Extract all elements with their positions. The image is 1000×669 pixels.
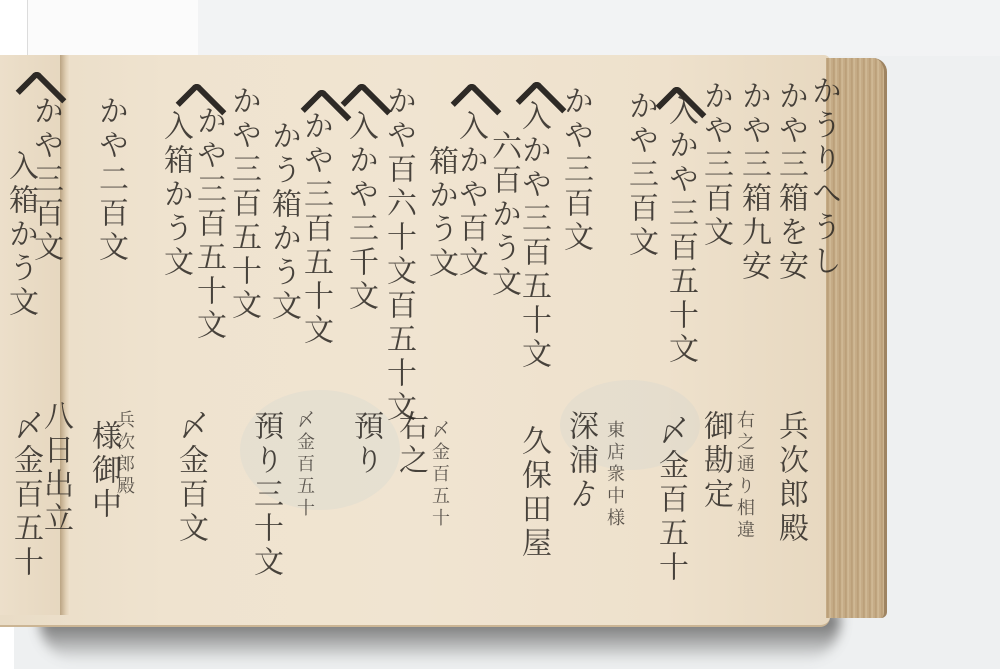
handwritten-column: かや三百文 xyxy=(625,90,655,260)
handwritten-column: 深浦ゟ xyxy=(565,410,595,512)
handwritten-column: 〆金百五十 xyxy=(10,410,40,580)
handwritten-column: 〆金百五十 xyxy=(655,415,685,585)
handwritten-column: かや百六十文百五十文 xyxy=(383,85,413,425)
white-strip-bottom-left xyxy=(0,620,14,669)
handwritten-column: かや三百文 xyxy=(700,80,730,250)
handwritten-column: かや三百五十文 xyxy=(193,105,223,343)
handwritten-column: 入箱かう文 xyxy=(160,110,190,280)
handwritten-column: かや三箱九安 xyxy=(738,80,768,284)
handwritten-column: 入かや三百五十文 xyxy=(518,100,548,372)
handwritten-column: かや三箱を安 xyxy=(775,80,805,284)
white-card-mid xyxy=(28,0,198,56)
handwritten-column: かや三百五十文 xyxy=(228,85,258,323)
handwritten-column: かう箱かう文 xyxy=(268,120,298,324)
handwritten-column: 様御中 xyxy=(88,420,118,522)
handwritten-column: 〆金百五十 xyxy=(430,420,448,530)
handwritten-column: 預り三十文 xyxy=(250,410,280,580)
handwritten-column: 東店衆中様 xyxy=(605,420,623,530)
handwritten-column: 入かや百文 xyxy=(455,110,485,280)
handwritten-column: 〆金百五十 xyxy=(295,410,313,520)
handwritten-column: 六百かう文 xyxy=(488,130,518,300)
handwritten-column: 入箱かう文 xyxy=(5,150,35,320)
handwritten-column: 箱かう文 xyxy=(425,145,455,281)
handwritten-column: 八日出立 xyxy=(40,400,70,536)
handwritten-column: 〆金百文 xyxy=(175,410,205,546)
handwritten-column: 久保田屋 xyxy=(518,425,548,561)
handwritten-column: 御勘定 xyxy=(700,410,730,512)
white-card-left xyxy=(0,0,28,56)
handwritten-column: かうりへうし xyxy=(808,75,838,279)
handwritten-column: 預り xyxy=(350,410,380,478)
handwritten-column: かや二百文 xyxy=(95,95,125,265)
handwritten-column: 右之 xyxy=(395,410,425,478)
handwritten-column: 入かや三千文 xyxy=(345,110,375,314)
handwritten-column: かや三百五十文 xyxy=(300,110,330,348)
handwritten-column: 右之通り相違 xyxy=(735,410,753,542)
handwritten-column: かや三百文 xyxy=(560,85,590,255)
handwritten-column: 入かや三百五十文 xyxy=(665,95,695,367)
handwritten-column: 兵次郎殿 xyxy=(775,410,805,546)
